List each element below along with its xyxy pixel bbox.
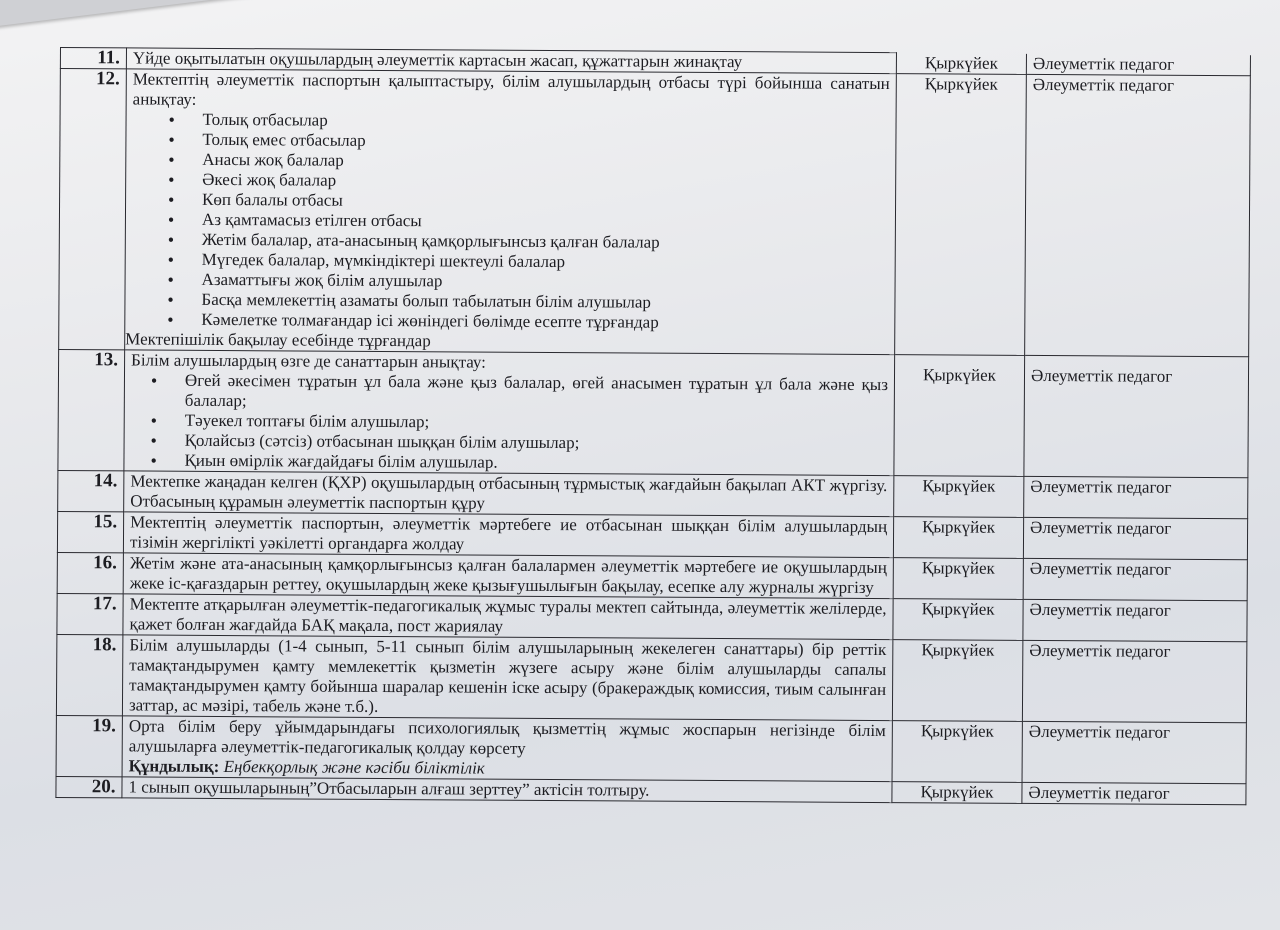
row-responsible: Әлеуметтік педагог [1024, 476, 1248, 518]
row-month: Қыркүйек [894, 355, 1025, 477]
table-row: 19. Орта білім беру ұйымдарындағы психол… [56, 715, 1246, 783]
row-number: 19. [56, 715, 122, 776]
list-item: Өгей әкесімен тұратын ұл бала және қыз б… [177, 371, 888, 415]
row-month: Қыркүйек [893, 599, 1023, 641]
row-responsible: Әлеуметтік педагог [1023, 599, 1247, 641]
other-category-list: Өгей әкесімен тұратын ұл бала және қыз б… [130, 370, 888, 475]
row-number: 18. [56, 634, 122, 715]
list-item: Кәмелетке толмағандар ісі жөніндегі бөлі… [193, 310, 888, 334]
row-description: Мектептің әлеуметтік паспортын қалыптаст… [125, 69, 897, 355]
row-responsible: Әлеуметтік педагог [1022, 721, 1246, 783]
row-number: 17. [57, 593, 123, 634]
table-row: 14. Мектепке жаңадан келген (ҚХР) оқушыл… [58, 470, 1248, 518]
row-number: 11. [60, 48, 126, 69]
row-responsible: Әлеуметтік педагог [1025, 74, 1251, 356]
row-responsible: Әлеуметтік педагог [1024, 355, 1249, 477]
row-responsible: Әлеуметтік педагог [1023, 558, 1247, 600]
row-description: Мектептің әлеуметтік паспортын, әлеуметт… [123, 512, 893, 558]
row-number: 16. [57, 552, 123, 593]
row-number: 20. [56, 776, 122, 797]
row-number: 14. [58, 470, 124, 511]
row-month: Қыркүйек [895, 74, 1027, 356]
table-row: 17. Мектепте атқарылған әлеуметтік-педаг… [57, 593, 1247, 641]
row-month: Қыркүйек [894, 476, 1024, 518]
row-description: Білім алушыларды (1-4 сынып, 5-11 сынып … [122, 635, 892, 721]
table-row: 12. Мектептің әлеуметтік паспортын қалып… [59, 69, 1251, 357]
table-row: 15. Мектептің әлеуметтік паспортын, әлеу… [57, 511, 1247, 559]
row-month: Қыркүйек [893, 558, 1023, 600]
row-description: 1 сынып оқушыларының”Отбасыларын алғаш з… [122, 777, 892, 803]
row-responsible: Әлеуметтік педагог [1023, 517, 1247, 559]
work-plan-table: 11. Үйде оқытылатын оқушылардың әлеуметт… [55, 47, 1251, 805]
row-responsible: Әлеуметтік педагог [1022, 782, 1246, 804]
row-description: Жетім және ата-анасының қамқорлығынсыз қ… [123, 553, 893, 599]
row-description: Білім алушылардың өзге де санаттарын аны… [124, 350, 895, 476]
family-type-list: Толық отбасылар Толық емес отбасылар Ана… [131, 109, 889, 334]
row-description-text: Орта білім беру ұйымдарындағы психология… [129, 716, 886, 761]
row-month: Қыркүйек [892, 640, 1022, 722]
table-row: 13. Білім алушылардың өзге де санаттарын… [58, 349, 1249, 477]
row-month: Қыркүйек [896, 53, 1026, 75]
row-month: Қыркүйек [893, 517, 1023, 559]
row-description: Мектепке жаңадан келген (ҚХР) оқушыларды… [124, 471, 894, 517]
table-row: 16. Жетім және ата-анасының қамқорлығынс… [57, 552, 1247, 600]
row-description-text: Мектептің әлеуметтік паспортын қалыптаст… [133, 69, 890, 114]
row-number: 12. [59, 69, 127, 350]
row-responsible: Әлеуметтік педагог [1022, 640, 1246, 722]
table-row: 18. Білім алушыларды (1-4 сынып, 5-11 сы… [56, 634, 1246, 722]
value-label: Құндылық: [129, 756, 220, 776]
row-number: 13. [58, 349, 125, 470]
row-description: Мектепте атқарылған әлеуметтік-педагогик… [123, 594, 893, 640]
row-description: Орта білім беру ұйымдарындағы психология… [122, 716, 892, 782]
row-number: 15. [57, 511, 123, 552]
row-responsible: Әлеуметтік педагог [1026, 53, 1250, 75]
row-month: Қыркүйек [892, 721, 1022, 783]
value-text: Еңбекқорлық және кәсіби біліктілік [224, 757, 485, 778]
row-month: Қыркүйек [892, 782, 1022, 804]
